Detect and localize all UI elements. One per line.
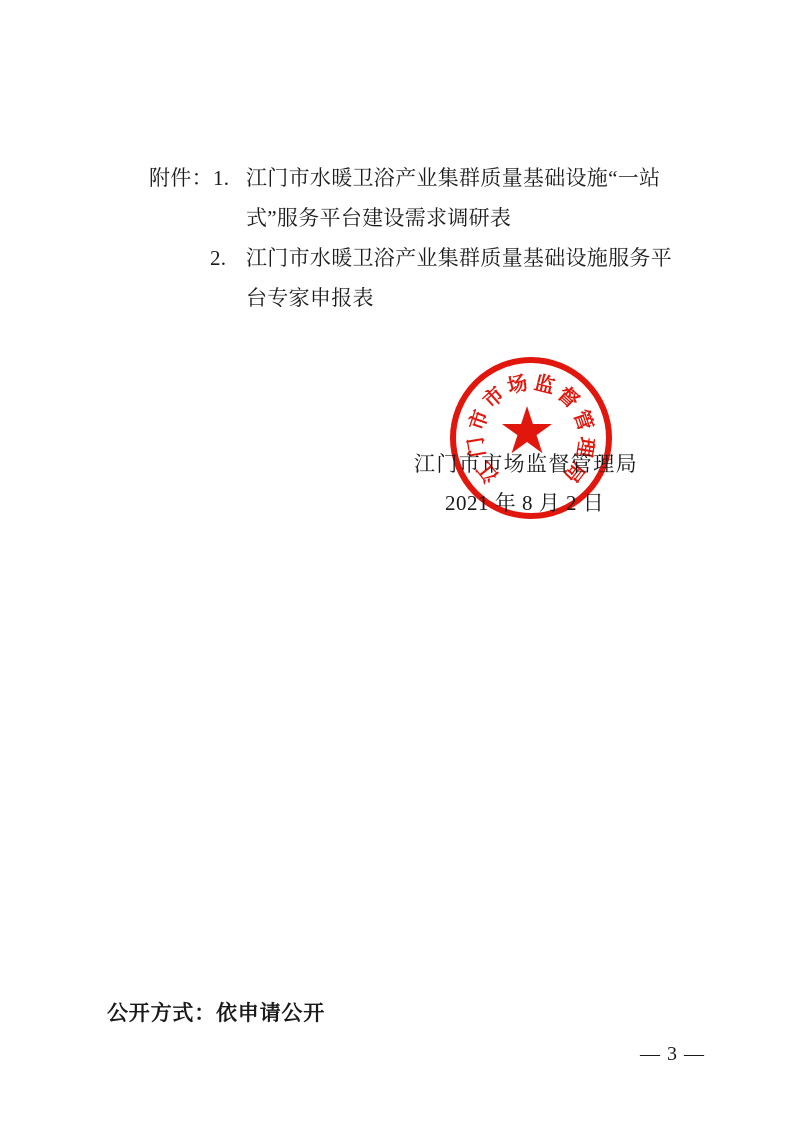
attachment-1-number: 1. <box>213 165 229 191</box>
attachment-2-number: 2. <box>210 245 226 271</box>
attachment-2-line-1: 江门市水暖卫浴产业集群质量基础设施服务平 <box>246 245 672 271</box>
page-number: — 3 — <box>640 1041 705 1067</box>
seal-arc-char: 管 <box>568 405 602 433</box>
attachment-1-line-1: 江门市水暖卫浴产业集群质量基础设施“一站 <box>246 165 660 191</box>
attachment-2-line-2: 台专家申报表 <box>246 285 374 311</box>
seal-arc-char: 监 <box>532 366 559 399</box>
seal-arc-char: 督 <box>552 379 586 414</box>
signature-agency: 江门市市场监督管理局 <box>414 451 638 477</box>
seal-arc-char: 市 <box>460 405 494 433</box>
signature-date: 2021 年 8 月 2 日 <box>445 490 604 516</box>
disclosure-method: 公开方式：依申请公开 <box>107 1001 325 1027</box>
attachments-label: 附件： <box>149 165 213 191</box>
attachment-1-line-2: 式”服务平台建设需求调研表 <box>246 205 511 231</box>
document-page: 附件： 1. 江门市水暖卫浴产业集群质量基础设施“一站 式”服务平台建设需求调研… <box>0 0 800 1132</box>
seal-arc-char: 场 <box>504 366 531 399</box>
seal-arc-char: 市 <box>475 379 509 414</box>
